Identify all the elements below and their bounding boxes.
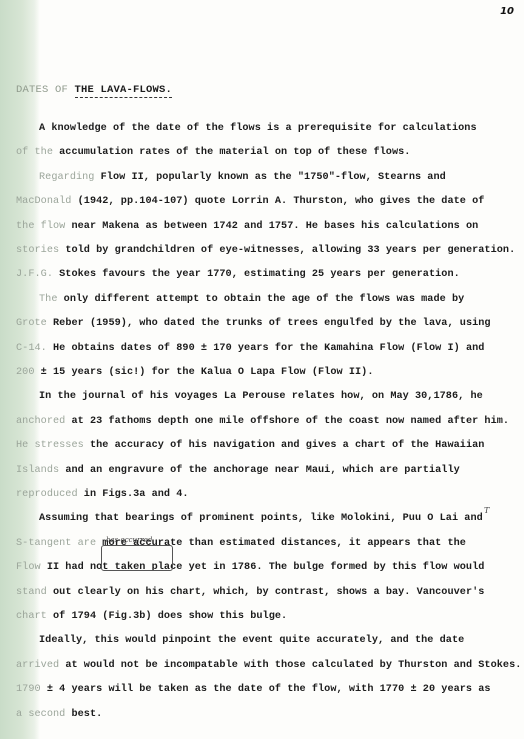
text-line: A knowledge of the date of the flows is … (16, 123, 477, 134)
text-line: the flow near Makena as between 1742 and… (16, 221, 478, 232)
typed-text: (1942, pp.104-107) quote Lorrin A. Thurs… (71, 196, 484, 207)
text-line: Grote Reber (1959), who dated the trunks… (16, 318, 491, 329)
faded-text: stories (16, 245, 59, 256)
typed-text: Stokes favours the year 1770, estimating… (53, 269, 460, 280)
typed-text: Ideally, this would pinpoint the event q… (39, 635, 464, 646)
typed-text: at would not be incompatable with those … (59, 660, 521, 671)
text-line: stand out clearly on his chart, which, b… (16, 587, 484, 598)
typed-text: best. (65, 709, 102, 720)
text-line: S-tangent are more accurate than estimat… (16, 538, 466, 549)
text-line: C-14. He obtains dates of 890 ± 170 year… (16, 343, 484, 354)
faded-text: arrived (16, 660, 59, 671)
typed-text: He obtains dates of 890 ± 170 years for … (47, 343, 485, 354)
faded-text: chart (16, 611, 47, 622)
text-line: Islands and an engravure of the anchorag… (16, 465, 460, 476)
annotation-bracket (101, 545, 173, 571)
faded-text: 1790 (16, 684, 41, 695)
typed-text: only different attempt to obtain the age… (58, 294, 465, 305)
faded-text: anchored (16, 416, 65, 427)
typed-text: Assuming that bearings of prominent poin… (39, 513, 483, 524)
faded-text: The (39, 294, 58, 305)
scanned-document-page: 10 DATES OF THE LAVA-FLOWS. A knowledge … (0, 0, 524, 739)
text-line: arrived at would not be incompatable wit… (16, 660, 521, 671)
text-line: a second best. (16, 709, 102, 720)
heading-title: THE LAVA-FLOWS. (75, 84, 173, 98)
faded-text: 200 (16, 367, 35, 378)
text-line: He stresses the accuracy of his navigati… (16, 440, 484, 451)
typed-text: the accuracy of his navigation and gives… (84, 440, 485, 451)
handwritten-annotation: has occurred (106, 536, 152, 544)
text-line: reproduced in Figs.3a and 4. (16, 489, 189, 500)
faded-text: the flow (16, 221, 65, 232)
margin-mark: T (484, 506, 489, 515)
page-number: 10 (500, 6, 514, 17)
typed-text: near Makena as between 1742 and 1757. He… (65, 221, 478, 232)
typed-text: Flow II, popularly known as the "1750"-f… (94, 172, 445, 183)
text-line: chart of 1794 (Fig.3b) does show this bu… (16, 611, 287, 622)
faded-text: C-14. (16, 343, 47, 354)
faded-text: stand (16, 587, 47, 598)
text-line: Regarding Flow II, popularly known as th… (16, 172, 446, 183)
section-heading: DATES OF THE LAVA-FLOWS. (16, 84, 172, 96)
text-line: The only different attempt to obtain the… (16, 294, 464, 305)
faded-text: S-tangent are (16, 538, 96, 549)
text-line: Ideally, this would pinpoint the event q… (16, 635, 464, 646)
typed-text: at 23 fathoms depth one mile offshore of… (65, 416, 509, 427)
typed-text: ± 15 years (sic!) for the Kalua O Lapa F… (35, 367, 374, 378)
text-line: of the accumulation rates of the materia… (16, 147, 410, 158)
typed-text: accumulation rates of the material on to… (53, 147, 410, 158)
text-line: 200 ± 15 years (sic!) for the Kalua O La… (16, 367, 374, 378)
faded-text: MacDonald (16, 196, 71, 207)
text-line: Flow II had not taken place yet in 1786.… (16, 562, 484, 573)
typed-text: ± 4 years will be taken as the date of t… (41, 684, 491, 695)
typed-text: of 1794 (Fig.3b) does show this bulge. (47, 611, 287, 622)
typed-text: in Figs.3a and 4. (78, 489, 189, 500)
text-line: anchored at 23 fathoms depth one mile of… (16, 416, 509, 427)
faded-text: He stresses (16, 440, 84, 451)
faded-text: J.F.G. (16, 269, 53, 280)
heading-faded-prefix: DATES OF (16, 84, 68, 96)
text-line: Assuming that bearings of prominent poin… (16, 513, 483, 524)
typed-text: Reber (1959), who dated the trunks of tr… (47, 318, 491, 329)
faded-text: Flow (16, 562, 41, 573)
typed-text: In the journal of his voyages La Perouse… (39, 391, 483, 402)
faded-text: Regarding (39, 172, 94, 183)
faded-text: reproduced (16, 489, 78, 500)
faded-text: of the (16, 147, 53, 158)
text-line: MacDonald (1942, pp.104-107) quote Lorri… (16, 196, 484, 207)
typed-text: and an engravure of the anchorage near M… (59, 465, 460, 476)
typed-text: out clearly on his chart, which, by cont… (47, 587, 485, 598)
typed-text: told by grandchildren of eye-witnesses, … (59, 245, 515, 256)
faded-text: a second (16, 709, 65, 720)
text-line: J.F.G. Stokes favours the year 1770, est… (16, 269, 460, 280)
faded-text: Islands (16, 465, 59, 476)
typed-text: A knowledge of the date of the flows is … (39, 123, 477, 134)
text-line: 1790 ± 4 years will be taken as the date… (16, 684, 491, 695)
text-line: stories told by grandchildren of eye-wit… (16, 245, 515, 256)
faded-text: Grote (16, 318, 47, 329)
text-line: In the journal of his voyages La Perouse… (16, 391, 483, 402)
